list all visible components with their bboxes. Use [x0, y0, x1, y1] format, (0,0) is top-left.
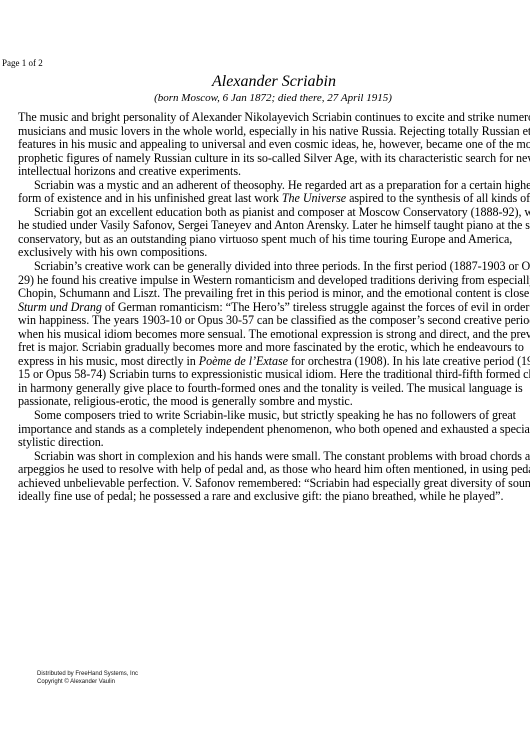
text-line: Scriabin was a mystic and an adherent of…: [18, 179, 530, 193]
text-line: when his musical idiom becomes more sens…: [18, 328, 530, 342]
text-line: he studied under Vasily Safonov, Sergei …: [18, 219, 530, 233]
text-line: intellectual horizons and creative exper…: [18, 165, 530, 179]
page-number-label: Page 1 of 2: [2, 58, 43, 69]
text-line: Sturm und Drang of German romanticism: “…: [18, 301, 530, 315]
page-footer: Distributed by FreeHand Systems, Inc Cop…: [37, 670, 138, 686]
text-line: win happiness. The years 1903-10 or Opus…: [18, 314, 530, 328]
distributor-credit: Distributed by FreeHand Systems, Inc: [37, 670, 138, 678]
text-span: express in his music, most directly in: [18, 354, 199, 368]
text-span: form of existence and in his unfinished …: [18, 191, 282, 205]
text-line: achieved unbelievable perfection. V. Saf…: [18, 477, 530, 491]
text-line: importance and stands as a completely in…: [18, 423, 530, 437]
paragraph-creative-periods: Scriabin’s creative work can be generall…: [18, 260, 530, 409]
text-line: Scriabin was short in complexion and his…: [18, 450, 530, 464]
text-line: Chopin, Schumann and Liszt. The prevaili…: [18, 287, 530, 301]
text-line: 15 or Opus 58-74) Scriabin turns to expr…: [18, 368, 530, 382]
work-title-sturm-und-drang: Sturm und Drang: [18, 300, 102, 314]
paragraph-intro: The music and bright personality of Alex…: [18, 111, 530, 179]
article-subtitle: (born Moscow, 6 Jan 1872; died there, 27…: [0, 92, 530, 105]
text-line: express in his music, most directly in P…: [18, 355, 530, 369]
text-line: conservatory, but as an outstanding pian…: [18, 233, 530, 247]
text-line: Some composers tried to write Scriabin-l…: [18, 409, 530, 423]
text-line: fret is major. Scriabin gradually become…: [18, 341, 530, 355]
article-body: The music and bright personality of Alex…: [18, 111, 530, 504]
work-title-the-universe: The Universe: [282, 191, 346, 205]
work-title-poeme-de-lextase: Poème de l’Extase: [199, 354, 288, 368]
paragraph-education: Scriabin got an excellent education both…: [18, 206, 530, 260]
text-line: prophetic figures of namely Russian cult…: [18, 152, 530, 166]
text-line: form of existence and in his unfinished …: [18, 192, 530, 206]
text-line: passionate, religious-erotic, the mood i…: [18, 395, 530, 409]
text-line: 29) he found his creative impulse in Wes…: [18, 274, 530, 288]
text-line: exclusively with his own compositions.: [18, 246, 530, 260]
text-line: in harmony generally give place to fourt…: [18, 382, 530, 396]
paragraph-followers: Some composers tried to write Scriabin-l…: [18, 409, 530, 450]
paragraph-mysticism: Scriabin was a mystic and an adherent of…: [18, 179, 530, 206]
copyright-notice: Copyright © Alexander Vaulin: [37, 678, 138, 686]
text-line: stylistic direction.: [18, 436, 530, 450]
text-line: Scriabin got an excellent education both…: [18, 206, 530, 220]
text-line: features in his music and appealing to u…: [18, 138, 530, 152]
paragraph-pianism: Scriabin was short in complexion and his…: [18, 450, 530, 504]
text-line: arpeggios he used to resolve with help o…: [18, 463, 530, 477]
text-line: Scriabin’s creative work can be generall…: [18, 260, 530, 274]
article-title: Alexander Scriabin: [0, 72, 530, 91]
text-span: of German romanticism: “The Hero’s” tire…: [102, 300, 530, 314]
text-span: aspired to the synthesis of all kinds of…: [346, 191, 530, 205]
text-line: ideally fine use of pedal; he possessed …: [18, 490, 530, 504]
text-line: The music and bright personality of Alex…: [18, 111, 530, 125]
text-line: musicians and music lovers in the whole …: [18, 125, 530, 139]
text-span: for orchestra (1908). In his late creati…: [288, 354, 530, 368]
